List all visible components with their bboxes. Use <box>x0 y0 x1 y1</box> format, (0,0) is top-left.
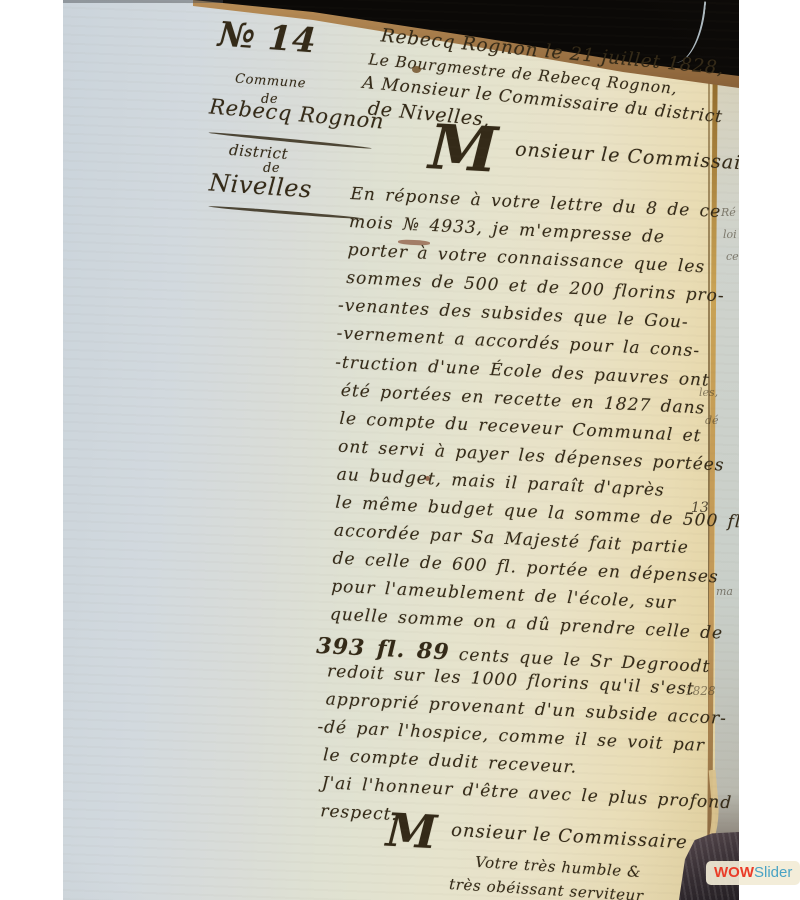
slide-canvas: № 14 Commune de Rebecq Rognon district d… <box>0 0 800 900</box>
top-shadow-sliver <box>63 0 223 3</box>
watermark-wow-label[interactable]: WOW <box>714 864 754 881</box>
margin-number: № 14 <box>217 15 318 62</box>
edge-fragment: les, <box>699 386 718 399</box>
closing-formula-1: Votre très humble & <box>475 853 642 881</box>
amount-figure: 393 fl. 89 <box>316 632 450 664</box>
edge-fragment: loi <box>723 228 737 241</box>
closing-initial: M <box>385 803 439 860</box>
edge-fragment: Ré <box>721 206 736 219</box>
margin-district-label: district <box>228 141 288 163</box>
edge-fragment: dé <box>705 414 719 427</box>
watermark-slider-label[interactable]: Slider <box>754 864 792 881</box>
wowslider-watermark[interactable]: WOWSlider <box>706 861 800 885</box>
margin-commune-label: Commune <box>235 72 307 92</box>
salutation-initial: M <box>427 110 500 187</box>
letter-body: En réponse à votre lettre du 8 de ce moi… <box>319 184 739 850</box>
edge-fragment: ma <box>716 585 733 598</box>
edge-fragment: 1828 <box>685 684 716 698</box>
margin-district-name: Nivelles <box>208 168 313 203</box>
edge-fragment: ce <box>726 250 739 263</box>
manuscript-photo: № 14 Commune de Rebecq Rognon district d… <box>63 0 739 900</box>
underline-flourish <box>208 205 364 220</box>
ink-blot <box>412 66 421 73</box>
edge-fragment: 13 <box>691 500 709 516</box>
